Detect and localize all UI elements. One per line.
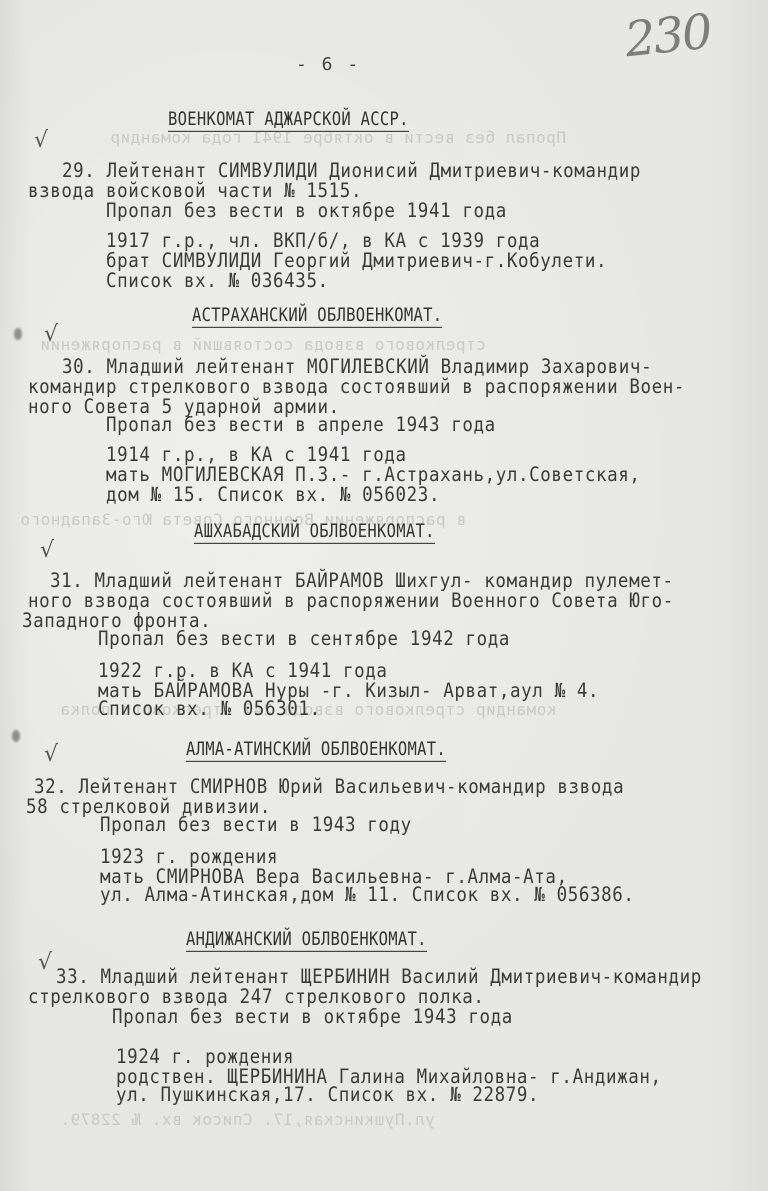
entry-31-line: Список вх. № 056301. (98, 698, 321, 720)
entry-32-line: ул. Алма-Атинская,дом № 11. Список вх. №… (100, 884, 635, 906)
entry-31-line: Пропал без вести в сентябре 1942 года (98, 628, 510, 650)
entry-33-line: Пропал без вести в октябре 1943 года (112, 1006, 513, 1028)
entry-33-line: ул. Пушкинская,17. Список вх. № 22879. (116, 1084, 539, 1106)
page-number: - 6 - (296, 54, 360, 75)
section-heading-astrakhan: АСТРАХАНСКИЙ ОБЛВОЕНКОМАТ. (192, 304, 442, 328)
entry-30-line: дом № 15. Список вх. № 056023. (106, 484, 440, 506)
entry-30-line: Пропал без вести в апреле 1943 года (106, 414, 496, 436)
checkmark-icon: √ (44, 322, 58, 347)
bleed-through-text: ул.Пушкинская,17. Список вх. № 22879. (60, 1110, 435, 1129)
archive-folio-number: 230 (622, 4, 713, 69)
ink-smudge (14, 328, 22, 340)
section-heading-ashkhabad: АШХАБАДСКИЙ ОБЛВОЕНКОМАТ. (194, 520, 435, 544)
entry-29-line: Пропал без вести в октябре 1941 года (106, 200, 507, 222)
bleed-through-text: стрелкового взвода состоявший в распоряж… (40, 335, 486, 354)
section-heading-adjara: ВОЕНКОМАТ АДЖАРСКОЙ АССР. (168, 108, 409, 132)
entry-32-line: Пропал без вести в 1943 году (100, 814, 412, 836)
checkmark-icon: √ (44, 742, 58, 767)
ink-smudge (12, 730, 20, 742)
entry-29-line: Список вх. № 036435. (106, 270, 329, 292)
section-heading-andijan: АНДИЖАНСКИЙ ОБЛВОЕНКОМАТ. (186, 928, 427, 952)
section-heading-alma-ata: АЛМА-АТИНСКИЙ ОБЛВОЕНКОМАТ. (186, 738, 446, 762)
checkmark-icon: √ (40, 538, 54, 563)
checkmark-icon: √ (34, 128, 48, 153)
document-page: Пропал без вести в октябре 1941 года ком… (0, 0, 768, 1191)
checkmark-icon: √ (38, 950, 52, 975)
